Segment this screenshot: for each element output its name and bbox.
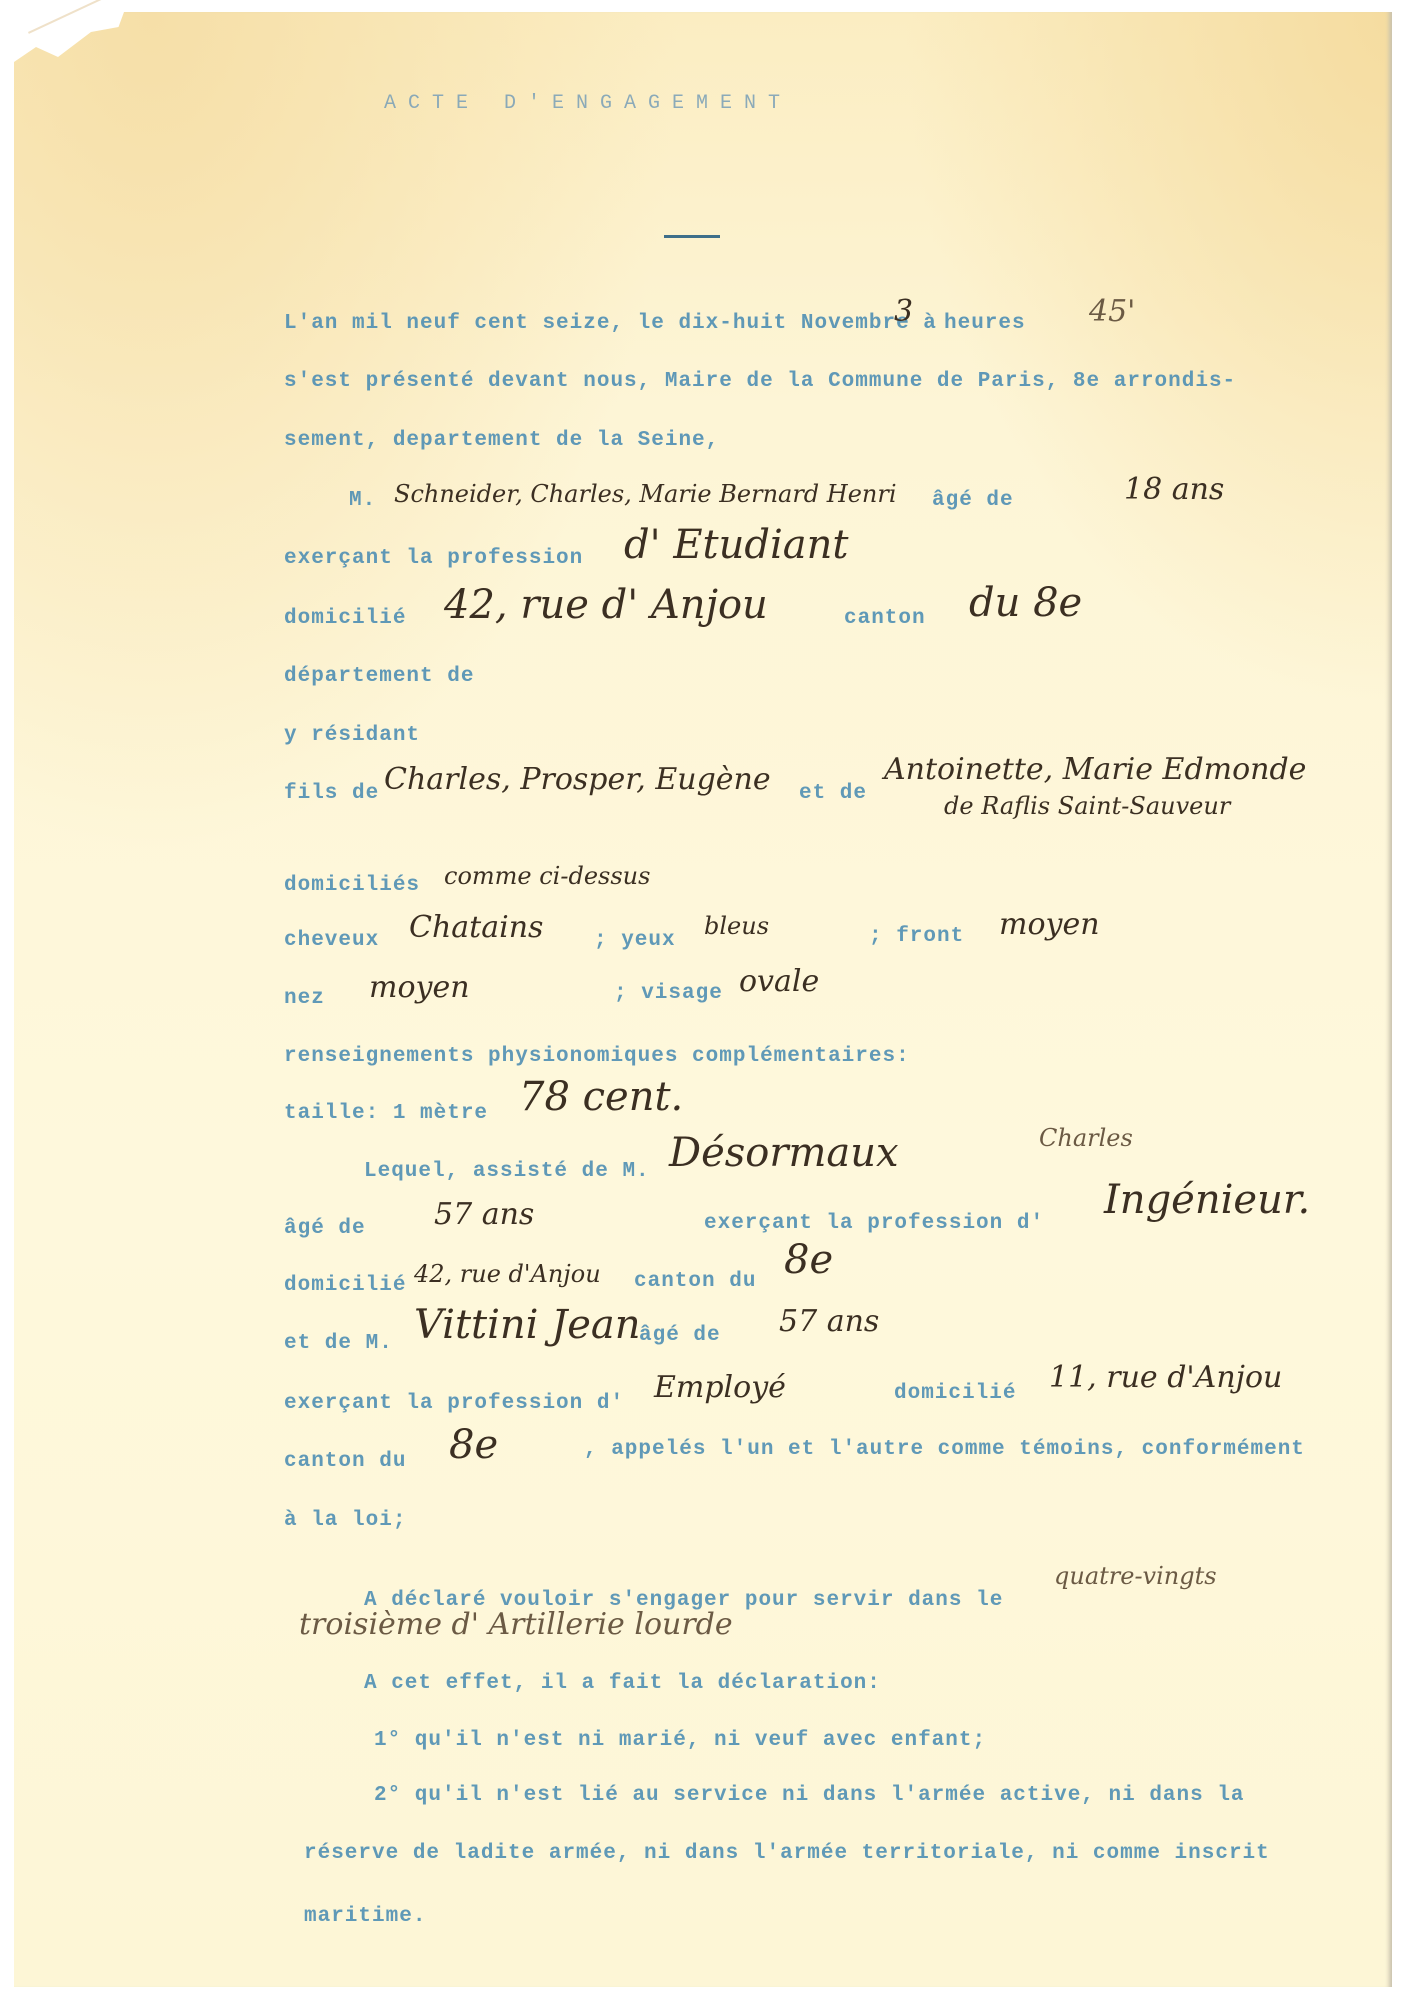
witness2-intro: et de M. <box>284 1332 393 1355</box>
opening-line-1: L'an mil neuf cent seize, le dix-huit No… <box>284 312 937 335</box>
nez-value: moyen <box>369 970 470 1005</box>
engage-age: 18 ans <box>1124 472 1224 507</box>
fils-de-label: fils de <box>284 782 379 805</box>
heures-label: heures <box>944 312 1026 335</box>
paper-stain <box>28 0 302 134</box>
engage-profession: d' Etudiant <box>624 522 848 568</box>
witness1-profession-label: exerçant la profession d' <box>704 1212 1044 1235</box>
declaration-item-2-line-3: maritime. <box>304 1905 426 1928</box>
visage-label: ; visage <box>614 982 723 1005</box>
cheveux-label: cheveux <box>284 929 379 952</box>
m-prefix: M. <box>349 489 376 512</box>
mother-name-line-1: Antoinette, Marie Edmonde <box>884 752 1306 787</box>
effet-text: A cet effet, il a fait la déclaration: <box>364 1672 881 1695</box>
declaration-item-2-line-2: réserve de ladite armée, ni dans l'armée… <box>304 1842 1270 1865</box>
witness2-canton: 8e <box>449 1422 498 1468</box>
witness2-age-label: âgé de <box>639 1324 721 1347</box>
witness2-name: Vittini Jean <box>414 1302 641 1348</box>
engage-profession-label: exerçant la profession <box>284 547 583 570</box>
declaration-item-1: 1° qu'il n'est ni marié, ni veuf avec en… <box>374 1729 986 1752</box>
et-de-label: et de <box>799 782 867 805</box>
witness1-firstname: Charles <box>1039 1124 1133 1152</box>
witness1-canton-label: canton du <box>634 1270 756 1293</box>
engage-age-label: âgé de <box>932 489 1014 512</box>
opening-line-3: sement, departement de la Seine, <box>284 429 719 452</box>
taille-value: 78 cent. <box>519 1074 683 1120</box>
engage-domicile-label: domicilié <box>284 607 406 630</box>
a-la-loi-text: à la loi; <box>284 1509 406 1532</box>
regiment-line-1: quatre-vingts <box>1054 1562 1217 1590</box>
title-rule <box>664 235 720 238</box>
engage-canton-label: canton <box>844 607 926 630</box>
front-label: ; front <box>869 925 964 948</box>
witness2-age: 57 ans <box>779 1304 879 1339</box>
parents-domicile: comme ci-dessus <box>444 862 650 890</box>
witness1-domicile-label: domicilié <box>284 1274 406 1297</box>
witness2-domicile: 11, rue d'Anjou <box>1049 1360 1282 1395</box>
engage-name: Schneider, Charles, Marie Bernard Henri <box>394 480 897 508</box>
document-page: ACTE D'ENGAGEMENT L'an mil neuf cent sei… <box>14 12 1392 1987</box>
mother-name-line-2: de Raflis Saint-Sauveur <box>944 792 1230 820</box>
yeux-label: ; yeux <box>594 929 676 952</box>
opening-line-2: s'est présenté devant nous, Maire de la … <box>284 370 1236 393</box>
witness2-profession-label: exerçant la profession d' <box>284 1392 624 1415</box>
front-value: moyen <box>999 907 1100 942</box>
departement-label: département de <box>284 665 474 688</box>
father-name: Charles, Prosper, Eugène <box>384 762 771 797</box>
minutes-value: 45' <box>1089 294 1135 329</box>
parents-domicile-label: domiciliés <box>284 874 420 897</box>
document-title: ACTE D'ENGAGEMENT <box>384 92 792 115</box>
taille-label: taille: 1 mètre <box>284 1102 488 1125</box>
witness2-profession: Employé <box>654 1370 786 1405</box>
witness1-age-label: âgé de <box>284 1217 366 1240</box>
engage-canton: du 8e <box>969 580 1082 626</box>
witness1-intro: Lequel, assisté de M. <box>364 1160 650 1183</box>
witness1-name: Désormaux <box>669 1130 899 1176</box>
witness2-domicile-label: domicilié <box>894 1382 1016 1405</box>
engage-domicile: 42, rue d' Anjou <box>444 582 768 628</box>
witness1-canton: 8e <box>784 1237 833 1283</box>
witness1-domicile: 42, rue d'Anjou <box>414 1260 601 1288</box>
witness1-profession: Ingénieur. <box>1104 1177 1310 1223</box>
cheveux-value: Chatains <box>409 910 543 945</box>
residant-label: y résidant <box>284 724 420 747</box>
witness1-age: 57 ans <box>434 1197 534 1232</box>
renseignements-label: renseignements physionomiques complément… <box>284 1045 910 1068</box>
visage-value: ovale <box>739 964 819 999</box>
nez-label: nez <box>284 987 325 1010</box>
hour-value: 3 <box>894 294 913 329</box>
regiment-line-2: troisième d' Artillerie lourde <box>299 1607 733 1642</box>
yeux-value: bleus <box>704 912 769 940</box>
opening-date-text: L'an mil neuf cent seize, le dix-huit No… <box>284 312 937 335</box>
witness2-canton-label: canton du <box>284 1450 406 1473</box>
declaration-item-2-line-1: 2° qu'il n'est lié au service ni dans l'… <box>374 1784 1245 1807</box>
appeles-temoins-text: , appelés l'un et l'autre comme témoins,… <box>584 1438 1305 1461</box>
